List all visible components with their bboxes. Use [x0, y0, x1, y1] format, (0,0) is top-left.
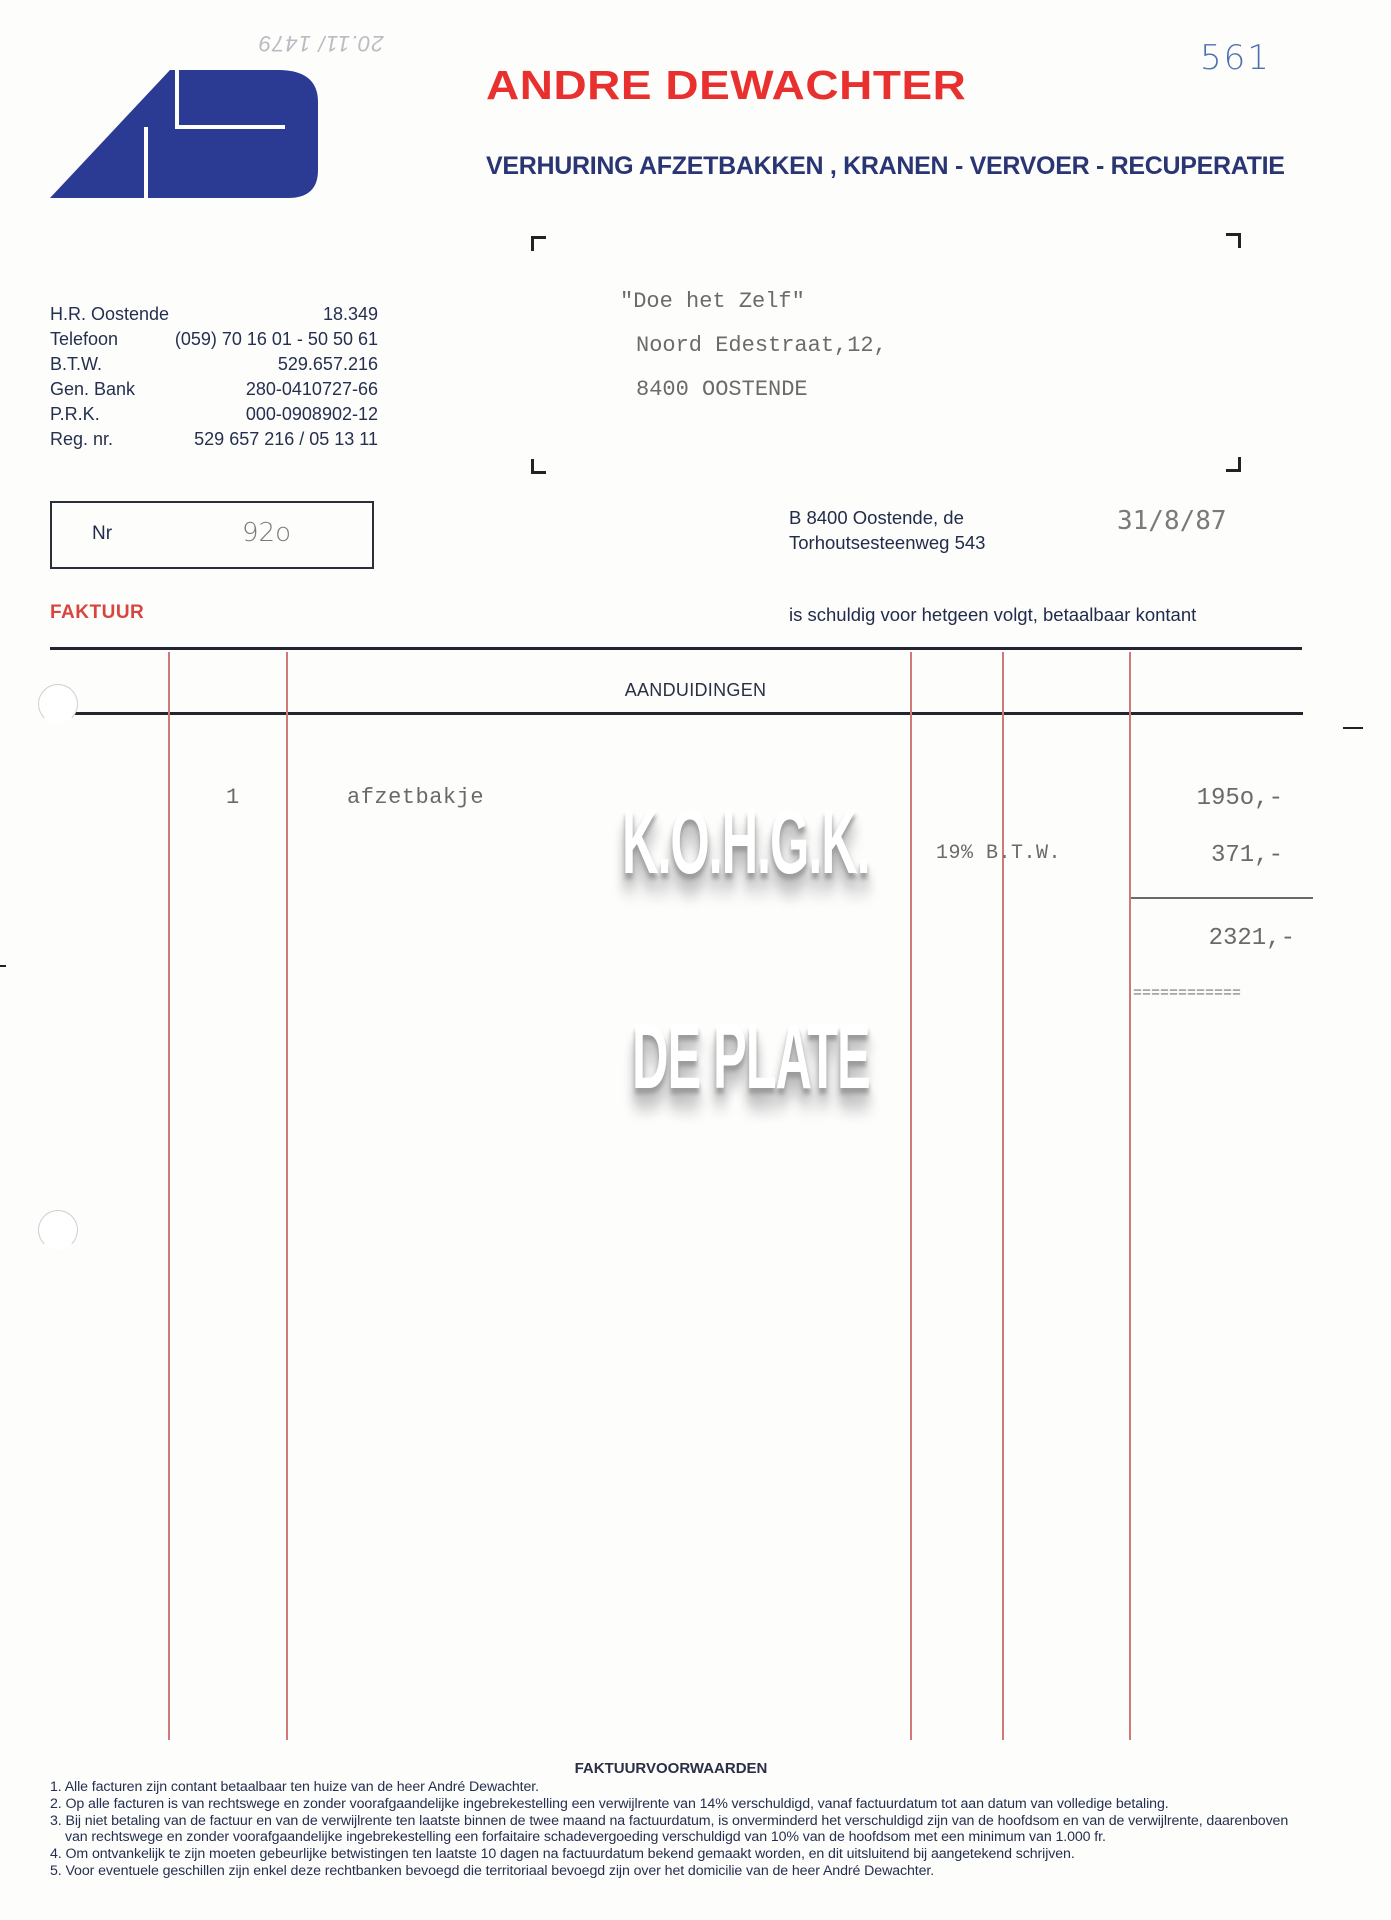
contact-value: (059) 70 16 01 - 50 50 61	[175, 327, 378, 352]
ad-monogram-logo-icon	[50, 70, 318, 198]
pencil-annotation: 20.11/ 1479	[258, 30, 384, 56]
conditions-list: 1. Alle facturen zijn contant betaalbaar…	[50, 1779, 1310, 1880]
table-header-rule	[67, 712, 1303, 715]
issue-place: B 8400 Oostende, de Torhoutsesteenweg 54…	[789, 505, 985, 555]
payment-terms: is schuldig voor hetgeen volgt, betaalba…	[789, 604, 1196, 626]
table-top-rule	[50, 647, 1302, 650]
handwritten-number: 561	[1200, 38, 1271, 78]
column-divider	[1002, 652, 1004, 1740]
column-divider	[1129, 652, 1131, 1740]
punch-hole	[38, 1210, 78, 1250]
contact-row-vat: B.T.W.529.657.216	[50, 352, 378, 377]
contact-row-phone: Telefoon(059) 70 16 01 - 50 50 61	[50, 327, 378, 352]
contact-row-reg: Reg. nr.529 657 216 / 05 13 11	[50, 427, 378, 452]
punch-hole	[38, 684, 78, 724]
fold-mark	[1343, 727, 1363, 729]
contact-value: 529 657 216 / 05 13 11	[194, 427, 378, 452]
vat-amount: 371,-	[1211, 842, 1283, 869]
contact-value: 280-0410727-66	[246, 377, 378, 402]
subtotal-rule	[1131, 897, 1313, 899]
company-tagline: VERHURING AFZETBAKKEN , KRANEN - VERVOER…	[486, 152, 1285, 181]
column-divider	[286, 652, 288, 1740]
recipient-address: "Doe het Zelf" Noord Edestraat,12, 8400 …	[620, 280, 887, 412]
contact-label: Telefoon	[50, 327, 118, 352]
condition-item: 5. Voor eventuele geschillen zijn enkel …	[50, 1863, 1310, 1880]
document-type-label: FAKTUUR	[50, 602, 144, 624]
contact-label: P.R.K.	[50, 402, 100, 427]
invoice-number-box: Nr 92o	[50, 501, 374, 569]
invoice-number-label: Nr	[92, 523, 112, 545]
address-window-corner	[531, 236, 546, 251]
vat-label: 19% B.T.W.	[936, 842, 1061, 865]
condition-item: 4. Om ontvankelijk te zijn moeten gebeur…	[50, 1846, 1310, 1863]
contact-details: H.R. Oostende18.349 Telefoon(059) 70 16 …	[50, 302, 378, 452]
contact-label: H.R. Oostende	[50, 302, 169, 327]
column-divider	[168, 652, 170, 1740]
contact-value: 000-0908902-12	[246, 402, 378, 427]
line-quantity: 1	[226, 785, 239, 810]
contact-label: Gen. Bank	[50, 377, 135, 402]
issue-place-line2: Torhoutsesteenweg 543	[789, 530, 985, 555]
contact-value: 529.657.216	[278, 352, 378, 377]
company-name: ANDRE DEWACHTER	[486, 62, 966, 109]
address-window-corner	[1226, 233, 1241, 248]
invoice-date: 31/8/87	[1117, 506, 1227, 536]
contact-value: 18.349	[323, 302, 378, 327]
invoice-number-value: 92o	[242, 518, 291, 548]
total-amount: 2321,-	[1209, 925, 1295, 952]
condition-item: 2. Op alle facturen is van rechtswege en…	[50, 1796, 1310, 1813]
conditions-title: FAKTUURVOORWAARDEN	[0, 1760, 1342, 1777]
stamp-line1: K.O.H.G.K.	[622, 790, 870, 895]
contact-label: B.T.W.	[50, 352, 102, 377]
fold-mark	[0, 965, 6, 967]
address-window-corner	[1226, 457, 1241, 472]
contact-row-hr: H.R. Oostende18.349	[50, 302, 378, 327]
total-double-rule: ============	[1133, 985, 1241, 1002]
issue-place-line1: B 8400 Oostende, de	[789, 505, 985, 530]
condition-item: 3. Bij niet betaling van de factuur en v…	[50, 1813, 1310, 1847]
line-description: afzetbakje	[347, 785, 484, 810]
contact-row-bank: Gen. Bank280-0410727-66	[50, 377, 378, 402]
recipient-name: "Doe het Zelf"	[620, 280, 887, 324]
contact-label: Reg. nr.	[50, 427, 113, 452]
recipient-street: Noord Edestraat,12,	[620, 324, 887, 368]
recipient-city: 8400 OOSTENDE	[620, 368, 887, 412]
line-amount: 195o,-	[1197, 785, 1283, 812]
table-header: AANDUIDINGEN	[0, 680, 1391, 701]
condition-item: 1. Alle facturen zijn contant betaalbaar…	[50, 1779, 1310, 1796]
contact-row-prk: P.R.K.000-0908902-12	[50, 402, 378, 427]
column-divider	[910, 652, 912, 1740]
address-window-corner	[531, 459, 546, 474]
stamp-line2: DE PLATE	[632, 1005, 870, 1110]
